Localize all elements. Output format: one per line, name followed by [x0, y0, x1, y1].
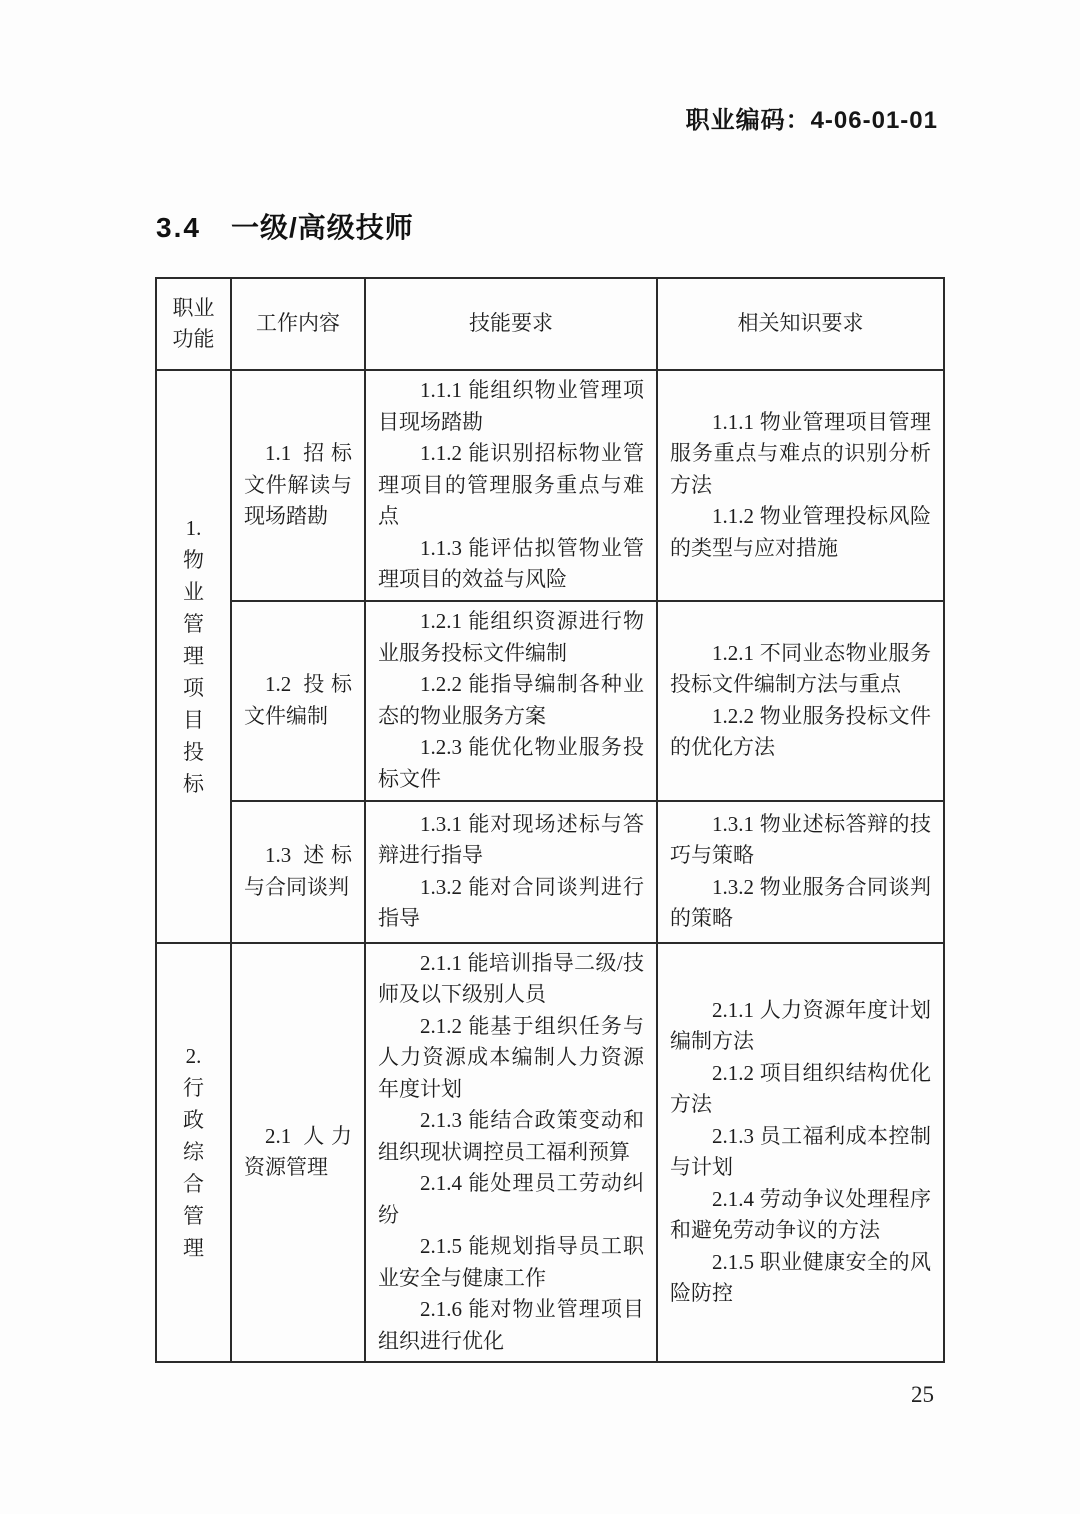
- work-item: 2.1 人力资源管理: [244, 1121, 352, 1184]
- skill-item: 1.2.3 能优化物业服务投标文件: [378, 732, 644, 795]
- knowledge-item: 2.1.2 项目组织结构优化方法: [670, 1058, 931, 1121]
- knowledge-item: 1.1.2 物业管理投标风险的类型与应对措施: [670, 501, 931, 564]
- skill-item: 2.1.6 能对物业管理项目组织进行优化: [378, 1294, 644, 1357]
- function-number: 1.: [186, 512, 202, 544]
- occupation-code: 职业编码：4-06-01-01: [686, 100, 938, 135]
- skill-item: 2.1.2 能基于组织任务与人力资源成本编制人力资源年度计划: [378, 1011, 644, 1106]
- requirements-table: 职业功能 工作内容 技能要求 相关知识要求 1. 物业管理项目投标 1.1 招标…: [155, 277, 945, 1363]
- table-row: 1.3 述标与合同谈判 1.3.1 能对现场述标与答辩进行指导 1.3.2 能对…: [156, 801, 944, 943]
- table-row: 1. 物业管理项目投标 1.1 招标文件解读与现场踏勘 1.1.1 能组织物业管…: [156, 370, 944, 601]
- function-name: 行政综合管理: [181, 1072, 205, 1264]
- knowledge-cell-1-2: 1.2.1 不同业态物业服务投标文件编制方法与重点 1.2.2 物业服务投标文件…: [657, 601, 944, 801]
- skill-item: 2.1.4 能处理员工劳动纠纷: [378, 1168, 644, 1231]
- function-label: 2. 行政综合管理: [161, 1040, 226, 1264]
- work-item: 1.2 投标文件编制: [244, 669, 352, 732]
- section-heading: 3.4 一级/高级技师: [156, 206, 414, 246]
- knowledge-item: 2.1.3 员工福利成本控制与计划: [670, 1121, 931, 1184]
- header-function: 职业功能: [156, 278, 231, 370]
- knowledge-item: 2.1.5 职业健康安全的风险防控: [670, 1247, 931, 1310]
- skill-item: 2.1.1 能培训指导二级/技师及以下级别人员: [378, 948, 644, 1011]
- work-cell-1-3: 1.3 述标与合同谈判: [231, 801, 365, 943]
- function-cell-2: 2. 行政综合管理: [156, 943, 231, 1363]
- function-name: 物业管理项目投标: [181, 544, 205, 800]
- skills-cell-1-3: 1.3.1 能对现场述标与答辩进行指导 1.3.2 能对合同谈判进行指导: [365, 801, 657, 943]
- page-number: 25: [911, 1382, 934, 1408]
- header-skill-requirements: 技能要求: [365, 278, 657, 370]
- skills-cell-1-1: 1.1.1 能组织物业管理项目现场踏勘 1.1.2 能识别招标物业管理项目的管理…: [365, 370, 657, 601]
- skill-item: 1.1.3 能评估拟管物业管理项目的效益与风险: [378, 533, 644, 596]
- work-cell-1-1: 1.1 招标文件解读与现场踏勘: [231, 370, 365, 601]
- skill-item: 1.2.2 能指导编制各种业态的物业服务方案: [378, 669, 644, 732]
- skill-item: 1.1.1 能组织物业管理项目现场踏勘: [378, 375, 644, 438]
- table-header-row: 职业功能 工作内容 技能要求 相关知识要求: [156, 278, 944, 370]
- knowledge-item: 1.3.1 物业述标答辩的技巧与策略: [670, 809, 931, 872]
- knowledge-item: 2.1.1 人力资源年度计划编制方法: [670, 995, 931, 1058]
- work-item: 1.3 述标与合同谈判: [244, 840, 352, 903]
- skill-item: 1.1.2 能识别招标物业管理项目的管理服务重点与难点: [378, 438, 644, 533]
- function-number: 2.: [186, 1040, 202, 1072]
- skill-item: 2.1.5 能规划指导员工职业安全与健康工作: [378, 1231, 644, 1294]
- knowledge-item: 1.3.2 物业服务合同谈判的策略: [670, 872, 931, 935]
- skills-cell-1-2: 1.2.1 能组织资源进行物业服务投标文件编制 1.2.2 能指导编制各种业态的…: [365, 601, 657, 801]
- knowledge-item: 1.2.2 物业服务投标文件的优化方法: [670, 701, 931, 764]
- function-cell-1: 1. 物业管理项目投标: [156, 370, 231, 943]
- work-item: 1.1 招标文件解读与现场踏勘: [244, 438, 352, 533]
- skill-item: 1.3.2 能对合同谈判进行指导: [378, 872, 644, 935]
- skills-cell-2-1: 2.1.1 能培训指导二级/技师及以下级别人员 2.1.2 能基于组织任务与人力…: [365, 943, 657, 1363]
- knowledge-item: 1.2.1 不同业态物业服务投标文件编制方法与重点: [670, 638, 931, 701]
- knowledge-item: 2.1.4 劳动争议处理程序和避免劳动争议的方法: [670, 1184, 931, 1247]
- knowledge-item: 1.1.1 物业管理项目管理服务重点与难点的识别分析方法: [670, 407, 931, 502]
- section-title: 一级/高级技师: [231, 206, 414, 246]
- knowledge-cell-2-1: 2.1.1 人力资源年度计划编制方法 2.1.2 项目组织结构优化方法 2.1.…: [657, 943, 944, 1363]
- section-number: 3.4: [156, 212, 201, 244]
- knowledge-cell-1-3: 1.3.1 物业述标答辩的技巧与策略 1.3.2 物业服务合同谈判的策略: [657, 801, 944, 943]
- work-cell-2-1: 2.1 人力资源管理: [231, 943, 365, 1363]
- header-knowledge-requirements: 相关知识要求: [657, 278, 944, 370]
- work-cell-1-2: 1.2 投标文件编制: [231, 601, 365, 801]
- table-row: 1.2 投标文件编制 1.2.1 能组织资源进行物业服务投标文件编制 1.2.2…: [156, 601, 944, 801]
- function-label: 1. 物业管理项目投标: [161, 512, 226, 800]
- skill-item: 2.1.3 能结合政策变动和组织现状调控员工福利预算: [378, 1105, 644, 1168]
- skill-item: 1.3.1 能对现场述标与答辩进行指导: [378, 809, 644, 872]
- table-row: 2. 行政综合管理 2.1 人力资源管理 2.1.1 能培训指导二级/技师及以下…: [156, 943, 944, 1363]
- header-work-content: 工作内容: [231, 278, 365, 370]
- skill-item: 1.2.1 能组织资源进行物业服务投标文件编制: [378, 606, 644, 669]
- document-page: 职业编码：4-06-01-01 3.4 一级/高级技师 职业功能 工作内容 技能…: [0, 0, 1080, 1514]
- knowledge-cell-1-1: 1.1.1 物业管理项目管理服务重点与难点的识别分析方法 1.1.2 物业管理投…: [657, 370, 944, 601]
